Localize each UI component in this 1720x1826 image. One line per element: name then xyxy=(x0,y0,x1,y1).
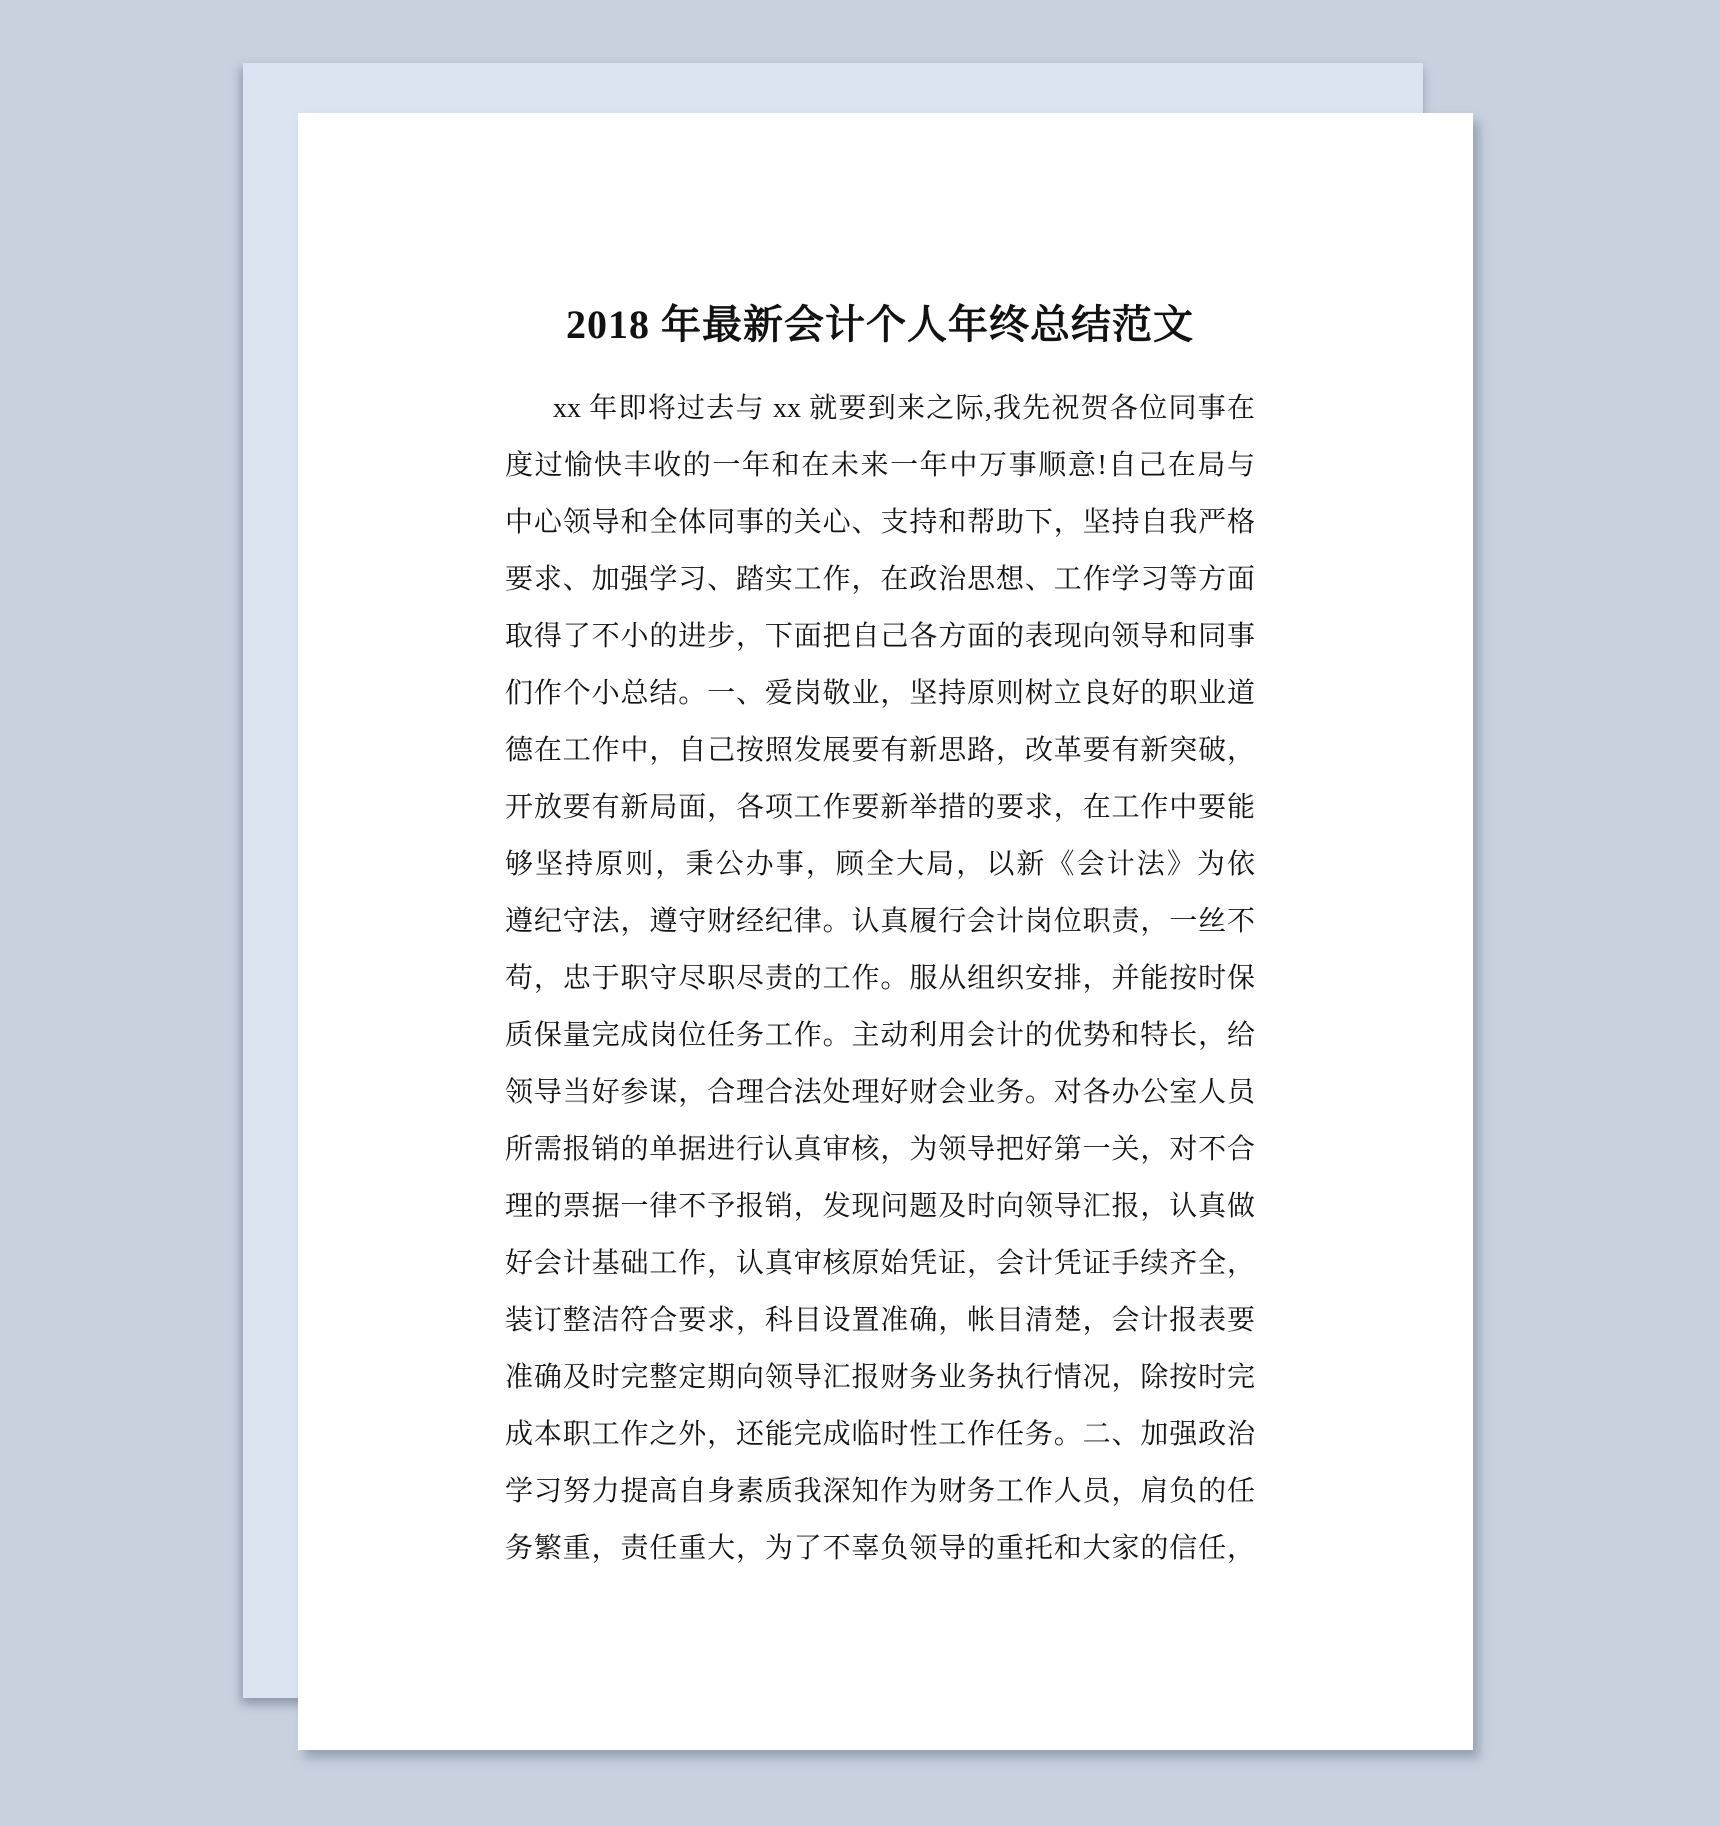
body-line: 好会计基础工作，认真审核原始凭证，会计凭证手续齐全， xyxy=(505,1235,1255,1292)
body-line: 度过愉快丰收的一年和在未来一年中万事顺意!自己在局与 xyxy=(505,437,1255,494)
body-line: 取得了不小的进步，下面把自己各方面的表现向领导和同事 xyxy=(505,608,1255,665)
body-line: 遵纪守法，遵守财经纪律。认真履行会计岗位职责，一丝不 xyxy=(505,893,1255,950)
body-line: 成本职工作之外，还能完成临时性工作任务。二、加强政治 xyxy=(505,1406,1255,1463)
body-line: 务繁重，责任重大，为了不辜负领导的重托和大家的信任， xyxy=(505,1520,1255,1577)
body-line: xx 年即将过去与 xx 就要到来之际,我先祝贺各位同事在 xyxy=(505,380,1255,437)
body-line: 装订整洁符合要求，科目设置准确，帐目清楚，会计报表要 xyxy=(505,1292,1255,1349)
body-line: 学习努力提高自身素质我深知作为财务工作人员，肩负的任 xyxy=(505,1463,1255,1520)
body-line: 理的票据一律不予报销，发现问题及时向领导汇报，认真做 xyxy=(505,1178,1255,1235)
body-line: 够坚持原则，秉公办事，顾全大局，以新《会计法》为依据。 xyxy=(505,836,1255,893)
body-line: 开放要有新局面，各项工作要新举措的要求，在工作中要能 xyxy=(505,779,1255,836)
document-body: xx 年即将过去与 xx 就要到来之际,我先祝贺各位同事在度过愉快丰收的一年和在… xyxy=(505,380,1255,1577)
document-title: 2018 年最新会计个人年终总结范文 xyxy=(505,301,1255,349)
body-line: 领导当好参谋，合理合法处理好财会业务。对各办公室人员 xyxy=(505,1064,1255,1121)
body-line: 们作个小总结。一、爱岗敬业，坚持原则树立良好的职业道 xyxy=(505,665,1255,722)
body-line: 所需报销的单据进行认真审核，为领导把好第一关，对不合 xyxy=(505,1121,1255,1178)
document-page: 2018 年最新会计个人年终总结范文 xx 年即将过去与 xx 就要到来之际,我… xyxy=(298,113,1473,1750)
body-line: 中心领导和全体同事的关心、支持和帮助下，坚持自我严格 xyxy=(505,494,1255,551)
body-line: 苟，忠于职守尽职尽责的工作。服从组织安排，并能按时保 xyxy=(505,950,1255,1007)
body-line: 要求、加强学习、踏实工作，在政治思想、工作学习等方面 xyxy=(505,551,1255,608)
workspace-background: 2018 年最新会计个人年终总结范文 xx 年即将过去与 xx 就要到来之际,我… xyxy=(0,0,1720,1826)
body-line: 准确及时完整定期向领导汇报财务业务执行情况，除按时完 xyxy=(505,1349,1255,1406)
body-line: 质保量完成岗位任务工作。主动利用会计的优势和特长，给 xyxy=(505,1007,1255,1064)
body-line: 德在工作中，自己按照发展要有新思路，改革要有新突破， xyxy=(505,722,1255,779)
